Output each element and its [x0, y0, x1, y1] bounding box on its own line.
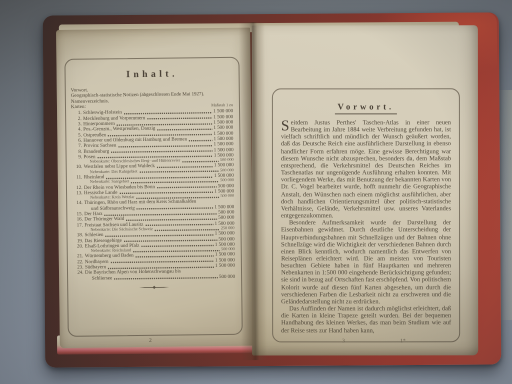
toc-entry-number: 13. [72, 190, 84, 196]
toc-entry-number: 11. [72, 175, 84, 181]
right-page-number: 3 [342, 338, 345, 344]
left-page: Inhalt. Vorwort. Geographisch-statistisc… [56, 28, 254, 348]
contents-title: Inhalt. [66, 69, 239, 81]
preface-block: Vorwort. Seitdem Justus Perthes' Taschen… [273, 89, 459, 341]
toc-entry-line: Schliersee500 000 [85, 274, 235, 281]
left-page-frame: Inhalt. Vorwort. Geographisch-statistisc… [64, 57, 242, 337]
right-page-frame: Vorwort. Seitdem Justus Perthes' Taschen… [272, 88, 460, 342]
toc-entry-scale: 500 000 [219, 274, 235, 280]
toc-entry-number: 24. [73, 270, 85, 281]
toc-entry-number: 10. [72, 164, 84, 170]
open-book: Inhalt. Vorwort. Geographisch-statistisc… [43, 12, 501, 367]
right-page: Vorwort. Seitdem Justus Perthes' Taschen… [252, 25, 478, 355]
toc-entry-list: 1.Schleswig-Holstein1 500 0002.Mecklenbu… [71, 109, 235, 282]
contents-block: Vorwort. Geographisch-statistische Notiz… [71, 86, 235, 290]
vorwort-paragraphs: Seitdem Justus Perthes' Taschen-Atlas in… [281, 119, 451, 334]
vorwort-paragraph: Besondere Aufmerksamkeit wurde der Darst… [281, 219, 451, 305]
left-page-number: 2 [60, 337, 241, 345]
toc-entry-label: Schliersee [92, 275, 112, 281]
book-photo: Inhalt. Vorwort. Geographisch-statistisc… [0, 0, 512, 384]
signature-mark: 1* [400, 338, 406, 344]
book-gutter-shadow [239, 22, 267, 360]
vorwort-paragraph: Das Auffinden der Namen ist dadurch mögl… [281, 305, 451, 334]
toc-entry-number: 14. [72, 201, 84, 212]
drop-cap-initial: S [281, 119, 291, 132]
dot-leader [114, 274, 218, 281]
toc-entry-number: 20. [73, 244, 85, 250]
toc-entry-body: Die Bayrischen Alpen von Hohenschwangau … [85, 268, 235, 281]
toc-entry-number: 17. [72, 222, 84, 228]
divider-ornament [139, 285, 169, 289]
vorwort-paragraph: Seitdem Justus Perthes' Taschen-Atlas in… [281, 119, 451, 219]
toc-entry: 24.Die Bayrischen Alpen von Hohenschwang… [73, 268, 235, 281]
preface-title: Vorwort. [281, 96, 451, 114]
toc-entry-number: 9. [72, 154, 84, 160]
